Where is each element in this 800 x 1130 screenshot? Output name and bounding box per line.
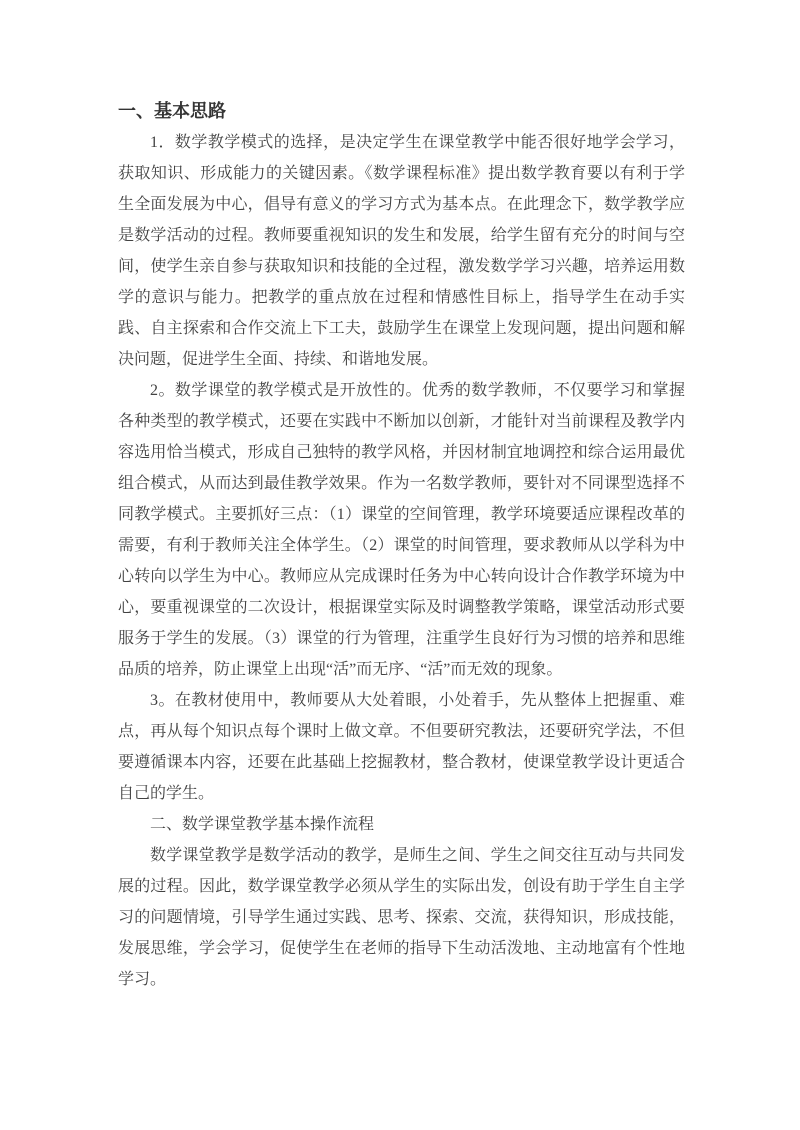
- section-heading-basic-ideas: 一、基本思路: [118, 96, 685, 127]
- section-heading-operation-flow: 二、数学课堂教学基本操作流程: [118, 809, 685, 840]
- paragraph-classroom-teaching-process: 数学课堂教学是数学活动的教学，是师生之间、学生之间交往互动与共同发展的过程。因此…: [118, 840, 685, 995]
- paragraph-open-teaching-model: 2。数学课堂的教学模式是开放性的。优秀的数学教师，不仅要学习和掌握各种类型的教学…: [118, 375, 685, 685]
- paragraph-teaching-model-selection: 1．数学教学模式的选择，是决定学生在课堂教学中能否很好地学会学习，获取知识、形成…: [118, 127, 685, 375]
- document-content: 一、基本思路 1．数学教学模式的选择，是决定学生在课堂教学中能否很好地学会学习，…: [118, 96, 685, 995]
- document-page: 一、基本思路 1．数学教学模式的选择，是决定学生在课堂教学中能否很好地学会学习，…: [0, 0, 800, 1130]
- paragraph-textbook-usage: 3。在教材使用中，教师要从大处着眼，小处着手，先从整体上把握重、难点，再从每个知…: [118, 685, 685, 809]
